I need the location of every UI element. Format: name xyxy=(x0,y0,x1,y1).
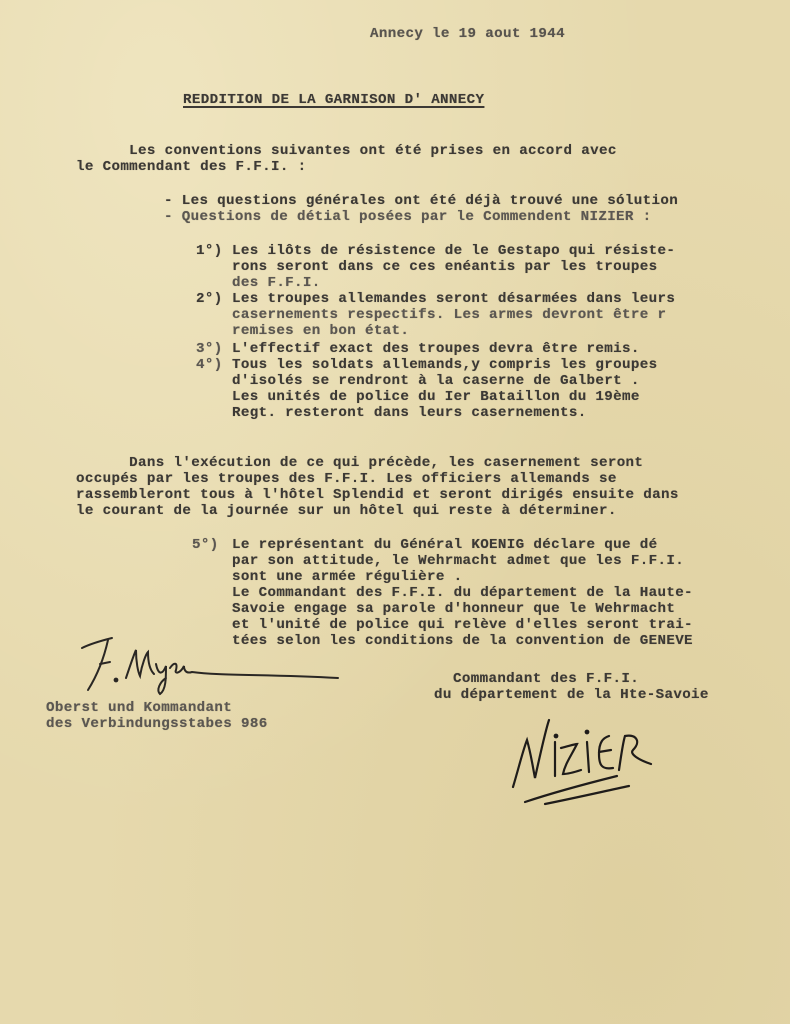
point-5-line: par son attitude, le Wehrmacht admet que… xyxy=(232,553,684,569)
point-1-line: des F.F.I. xyxy=(232,275,321,291)
bullet-details: - Questions de détial posées par le Comm… xyxy=(164,209,652,225)
paragraph-line: occupés par les troupes des F.F.I. Les o… xyxy=(76,471,617,487)
point-3-line: L'effectif exact des troupes devra être … xyxy=(232,341,640,357)
signature-right-line: du département de la Hte-Savoie xyxy=(434,687,709,703)
point-3-number: 3°) xyxy=(196,341,223,357)
point-5-line: Le représentant du Général KOENIG déclar… xyxy=(232,537,657,553)
point-1-number: 1°) xyxy=(196,243,223,259)
paragraph-line: Dans l'exécution de ce qui précède, les … xyxy=(76,455,643,471)
paragraph-line: le courant de la journée sur un hôtel qu… xyxy=(76,503,617,519)
point-5-line: Le Commandant des F.F.I. du département … xyxy=(232,585,693,601)
signature-meyer xyxy=(70,628,350,698)
point-2-line: remises en bon état. xyxy=(232,323,409,339)
point-1-line: rons seront dans ce ces enéantis par les… xyxy=(232,259,657,275)
bullet-general: - Les questions générales ont été déjà t… xyxy=(164,193,678,209)
date-line: Annecy le 19 aout 1944 xyxy=(370,26,565,42)
signature-left-line: des Verbindungsstabes 986 xyxy=(46,716,268,732)
point-4-line: Regt. resteront dans leurs casernements. xyxy=(232,405,587,421)
point-5-line: sont une armée régulière . xyxy=(232,569,462,585)
point-5-number: 5°) xyxy=(192,537,219,553)
point-4-number: 4°) xyxy=(196,357,223,373)
point-5-line: Savoie engage sa parole d'honneur que le… xyxy=(232,601,675,617)
document-page: Annecy le 19 aout 1944 REDDITION DE LA G… xyxy=(0,0,790,1024)
paragraph-line: rassembleront tous à l'hôtel Splendid et… xyxy=(76,487,679,503)
point-4-line: Les unités de police du Ier Bataillon du… xyxy=(232,389,640,405)
signature-nizier xyxy=(505,712,665,807)
point-2-line: Les troupes allemandes seront désarmées … xyxy=(232,291,675,307)
intro-line-2: le Commendant des F.F.I. : xyxy=(76,159,306,175)
signature-left-line: Oberst und Kommandant xyxy=(46,700,232,716)
point-2-line: casernements respectifs. Les armes devro… xyxy=(232,307,666,323)
intro-line-1: Les conventions suivantes ont été prises… xyxy=(76,143,617,159)
point-2-number: 2°) xyxy=(196,291,223,307)
point-1-line: Les ilôts de résistence de le Gestapo qu… xyxy=(232,243,675,259)
document-title: REDDITION DE LA GARNISON D' ANNECY xyxy=(183,92,484,108)
point-4-line: d'isolés se rendront à la caserne de Gal… xyxy=(232,373,640,389)
point-4-line: Tous les soldats allemands,y compris les… xyxy=(232,357,657,373)
signature-right-line: Commandant des F.F.I. xyxy=(453,671,639,687)
